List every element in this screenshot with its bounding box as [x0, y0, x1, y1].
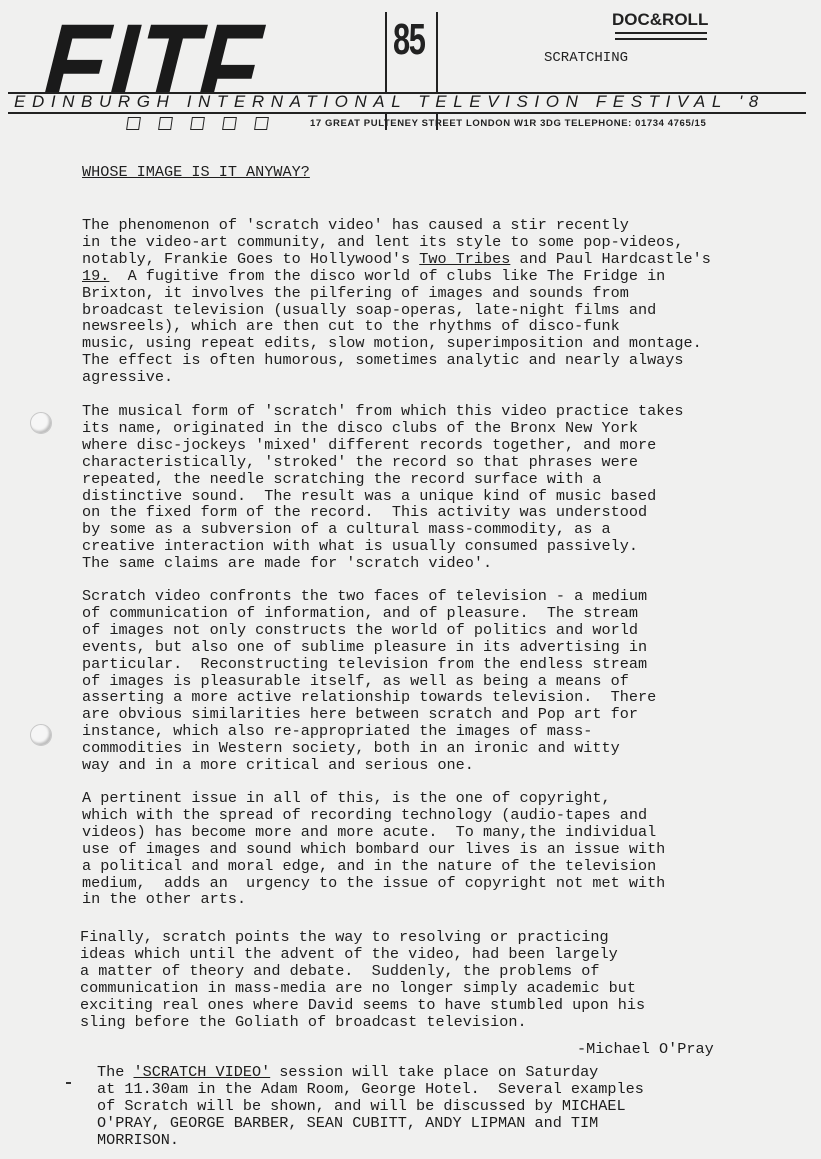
handwritten-underline [615, 32, 707, 34]
contact-address: 17 GREAT PULTENEY STREET LONDON W1R 3DG … [310, 118, 706, 129]
square-icon [254, 117, 269, 130]
paragraph-4: A pertinent issue in all of this, is the… [82, 790, 665, 908]
session-notice: The 'SCRATCH VIDEO' session will take pl… [97, 1064, 644, 1149]
paragraph-3: Scratch video confronts the two faces of… [82, 588, 656, 774]
square-icon [222, 117, 237, 130]
punch-hole-icon [30, 724, 52, 746]
article-title: WHOSE IMAGE IS IT ANYWAY? [82, 164, 310, 181]
margin-mark [66, 1082, 71, 1084]
author-signature: -Michael O'Pray [577, 1040, 714, 1058]
decorative-squares [127, 117, 268, 130]
handwritten-note: DOC&ROLL [612, 10, 708, 30]
square-icon [190, 117, 205, 130]
paragraph-1: The phenomenon of 'scratch video' has ca… [82, 217, 711, 386]
square-icon [158, 117, 173, 130]
festival-name: EDINBURGH INTERNATIONAL TELEVISION FESTI… [14, 92, 765, 112]
paragraph-2: The musical form of 'scratch' from which… [82, 403, 684, 572]
document-page: EITF 85 DOC&ROLL SCRATCHING EDINBURGH IN… [0, 0, 821, 1159]
festival-year: 85 [393, 18, 424, 62]
section-label: SCRATCHING [544, 50, 628, 66]
punch-hole-icon [30, 412, 52, 434]
paragraph-5: Finally, scratch points the way to resol… [80, 929, 645, 1030]
handwritten-underline [615, 38, 707, 40]
square-icon [126, 117, 141, 130]
